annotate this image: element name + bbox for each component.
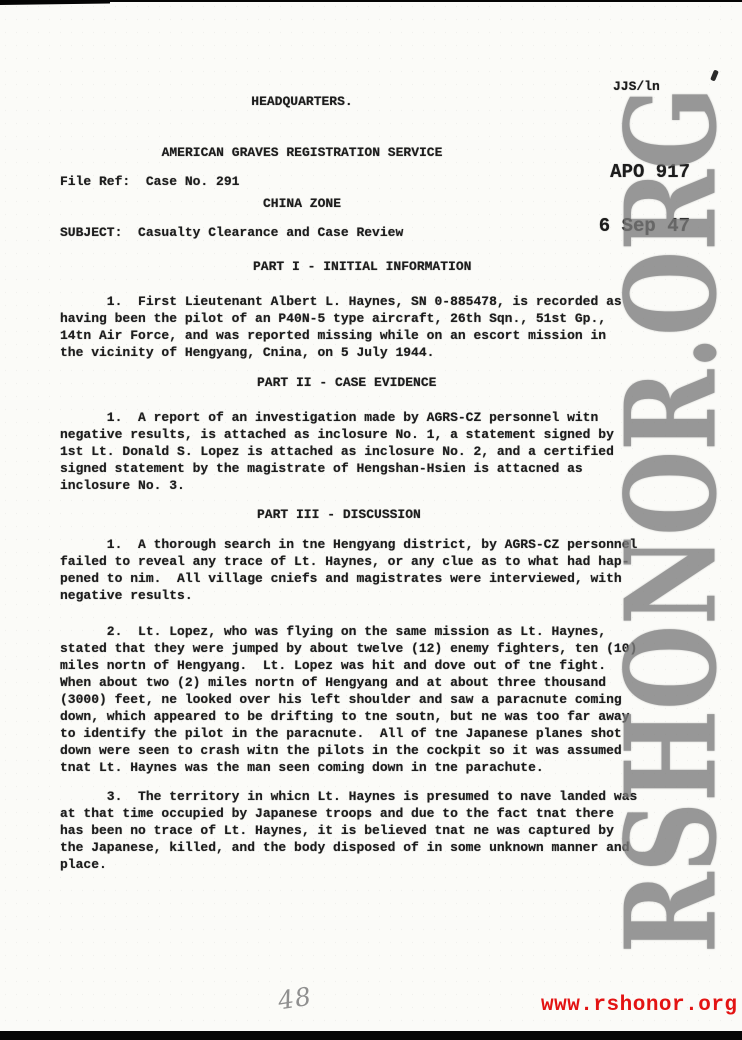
text-line: 1. First Lieutenant Albert L. Haynes, SN… xyxy=(60,293,622,310)
text-line: having been the pilot of an P40N-5 type … xyxy=(60,310,622,327)
letterhead-line-organization: AMERICAN GRAVES REGISTRATION SERVICE xyxy=(0,144,604,161)
letterhead-line-headquarters: HEADQUARTERS. xyxy=(0,93,604,110)
paragraph: 1. First Lieutenant Albert L. Haynes, SN… xyxy=(60,293,622,361)
date-line: 6 Sep 47 xyxy=(530,217,690,235)
paragraph: 2. Lt. Lopez, who was flying on the same… xyxy=(60,623,637,776)
section-title: PART II - CASE EVIDENCE xyxy=(257,374,436,391)
text-line: inclosure No. 3. xyxy=(60,477,614,494)
text-line: the vicinity of Hengyang, Cnina, on 5 Ju… xyxy=(60,344,622,361)
text-line: the Japanese, killed, and the body dispo… xyxy=(60,839,637,856)
text-line: down were seen to crash witn the pilots … xyxy=(60,742,637,759)
text-line: at that time occupied by Japanese troops… xyxy=(60,805,637,822)
text-line: 2. Lt. Lopez, who was flying on the same… xyxy=(60,623,637,640)
text-line: to identify the pilot in the paracnute. … xyxy=(60,725,637,742)
text-line: (3000) feet, ne looked over his left sho… xyxy=(60,691,637,708)
text-line: 1st Lt. Donald S. Lopez is attached as i… xyxy=(60,443,614,460)
text-line: down, which appeared to be drifting to t… xyxy=(60,708,637,725)
scan-border-bottom xyxy=(0,1031,742,1040)
scan-border-top xyxy=(0,0,742,2)
text-line: failed to reveal any trace of Lt. Haynes… xyxy=(60,553,637,570)
text-line: negative results. xyxy=(60,587,637,604)
apo-date-block: APO 917 6 Sep 47 xyxy=(530,127,690,271)
paragraph: 1. A thorough search in tne Hengyang dis… xyxy=(60,536,637,604)
typist-reference: JJS/ln xyxy=(613,78,660,95)
text-line: has been no trace of Lt. Haynes, it is b… xyxy=(60,822,637,839)
section-title: PART III - DISCUSSION xyxy=(257,506,421,523)
paragraph: 3. The territory in whicn Lt. Haynes is … xyxy=(60,788,637,873)
text-line: pened to nim. All village cniefs and mag… xyxy=(60,570,637,587)
letterhead-line-zone: CHINA ZONE xyxy=(0,195,604,212)
file-ref-line: File Ref: Case No. 291 xyxy=(60,173,239,190)
paragraph: 1. A report of an investigation made by … xyxy=(60,409,614,494)
letterhead: HEADQUARTERS. AMERICAN GRAVES REGISTRATI… xyxy=(0,59,604,246)
scan-speck xyxy=(710,69,719,81)
apo-line: APO 917 xyxy=(530,163,690,181)
text-line: 3. The territory in whicn Lt. Haynes is … xyxy=(60,788,637,805)
text-line: 1. A report of an investigation made by … xyxy=(60,409,614,426)
text-line: 1. A thorough search in tne Hengyang dis… xyxy=(60,536,637,553)
handwritten-page-number: 48 xyxy=(276,982,314,1016)
text-line: 14tn Air Force, and was reported missing… xyxy=(60,327,622,344)
text-line: stated that they were jumped by about tw… xyxy=(60,640,637,657)
scanned-document-page: HEADQUARTERS. AMERICAN GRAVES REGISTRATI… xyxy=(0,0,742,1040)
site-url-text: www.rshonor.org xyxy=(541,994,738,1017)
text-line: place. xyxy=(60,856,637,873)
section-title: PART I - INITIAL INFORMATION xyxy=(253,258,471,275)
text-line: When about two (2) miles nortn of Hengya… xyxy=(60,674,637,691)
text-line: miles nortn of Hengyang. Lt. Lopez was h… xyxy=(60,657,637,674)
text-line: tnat Lt. Haynes was the man seen coming … xyxy=(60,759,637,776)
text-line: signed statement by the magistrate of He… xyxy=(60,460,614,477)
text-line: negative results, is attached as inclosu… xyxy=(60,426,614,443)
subject-line: SUBJECT: Casualty Clearance and Case Rev… xyxy=(60,224,403,241)
